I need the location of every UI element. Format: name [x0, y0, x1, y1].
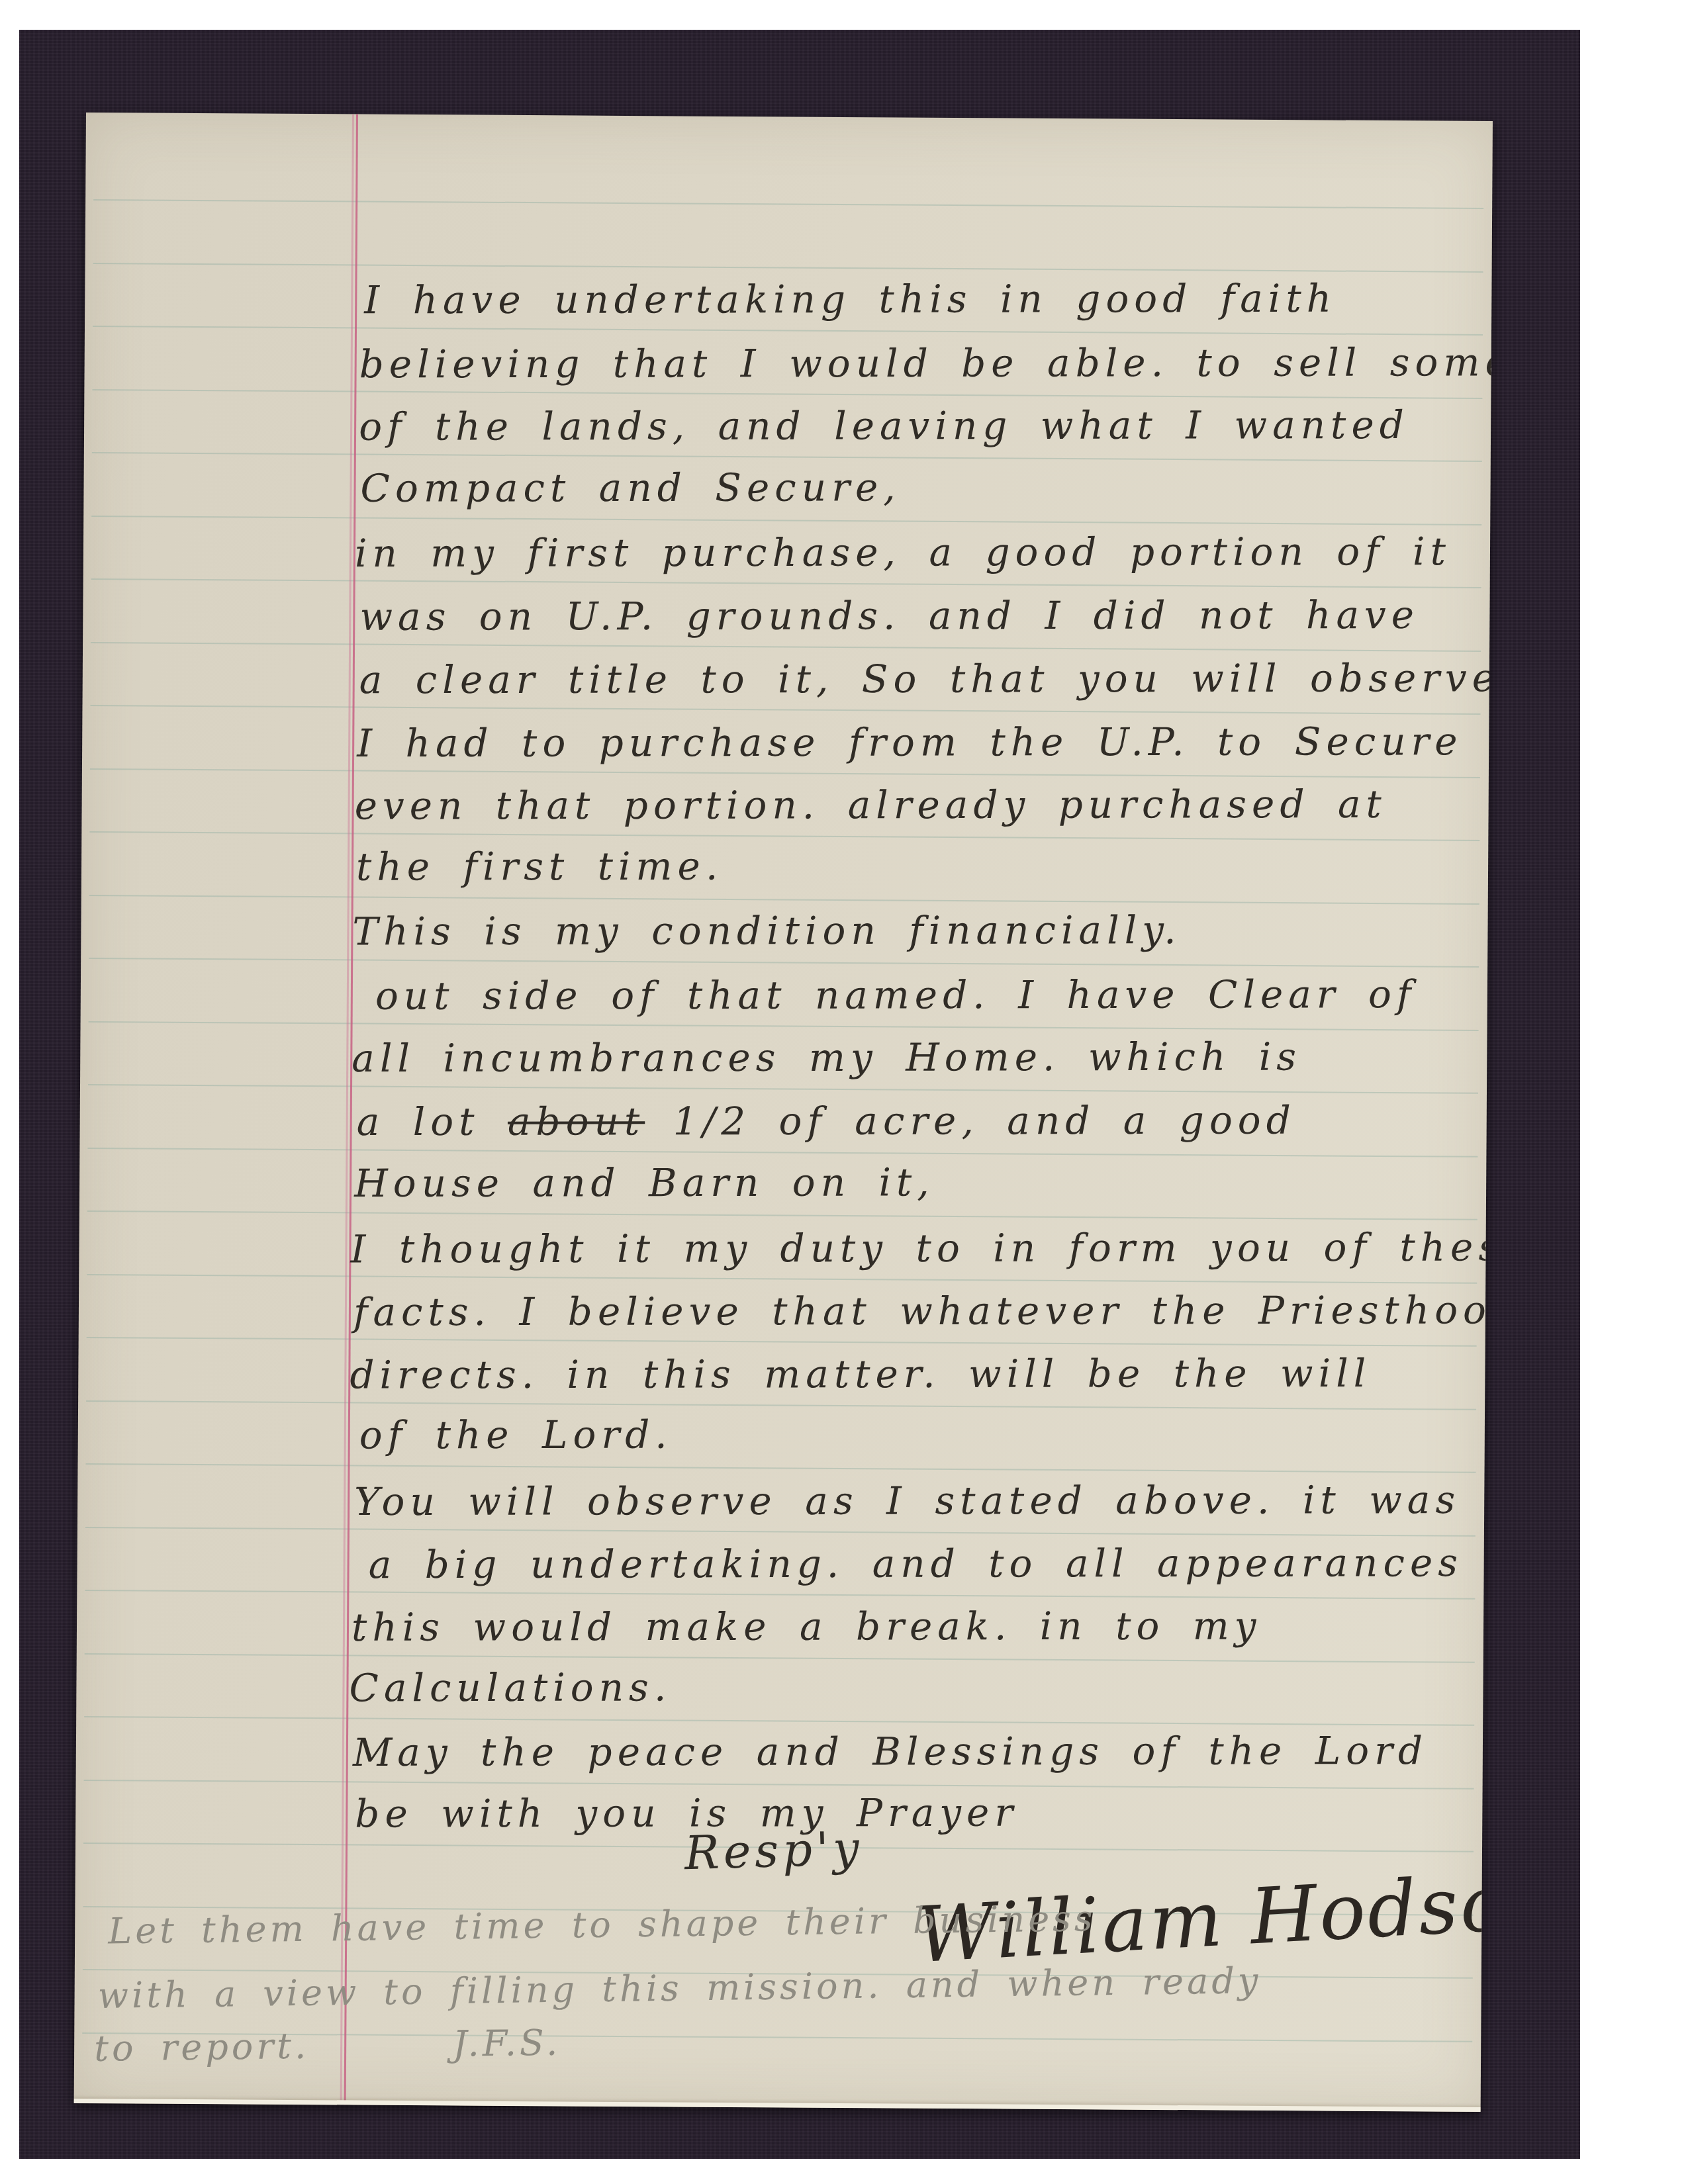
- handwriting-line: of the Lord.: [359, 1416, 673, 1455]
- handwriting-line: May the peace and Blessings of the Lord: [353, 1731, 1428, 1772]
- ruled-line: [87, 1210, 1477, 1220]
- ruled-line: [90, 768, 1480, 778]
- handwriting-line: even that portion. already purchased at: [355, 785, 1387, 825]
- ruled-line: [92, 389, 1482, 399]
- ruled-line: [91, 578, 1481, 588]
- handwriting-line: of the lands, and leaving what I wanted: [359, 406, 1409, 446]
- ruled-line: [91, 642, 1481, 652]
- struck-word: about: [508, 1099, 645, 1144]
- handwriting-line: Calculations.: [349, 1668, 671, 1707]
- handwriting-line: I have undertaking this in good faith: [364, 279, 1336, 320]
- handwriting-line: I had to purchase from the U.P. to Secur…: [357, 722, 1462, 762]
- ruled-line: [91, 516, 1481, 525]
- handwriting-line: this would make a break. in to my: [352, 1606, 1262, 1646]
- ruled-line: [87, 1274, 1477, 1284]
- handwriting-line: This is my condition financially.: [352, 911, 1181, 950]
- ruled-line: [88, 1084, 1478, 1094]
- handwriting-line: believing that I would be able. to sell …: [359, 343, 1493, 383]
- scanned-letter-page: { "artifact": { "kind": "Handwritten let…: [0, 0, 1688, 2184]
- pencil-annotation-line: to report. J.F.S.: [94, 2025, 561, 2067]
- handwriting-line: was on U.P. grounds. and I did not have: [359, 596, 1419, 636]
- ruled-line: [87, 1148, 1477, 1158]
- letter-page-paper: I have undertaking this in good faithbel…: [74, 113, 1493, 2112]
- handwriting-line: all incumbrances my Home. which is: [352, 1038, 1301, 1078]
- handwriting-line: facts. I believe that whatever the Pries…: [353, 1291, 1493, 1331]
- ruled-line: [85, 1590, 1475, 1600]
- handwriting-line: a lot about 1/2 of acre, and a good: [357, 1101, 1296, 1141]
- ruled-line: [93, 263, 1483, 273]
- handwriting-line: You will observe as I stated above. it w…: [354, 1480, 1460, 1521]
- ruled-line: [84, 1716, 1474, 1726]
- handwriting-line: a big undertaking. and to all appearance…: [369, 1543, 1463, 1584]
- handwriting-line: directs. in this matter. will be the wil…: [350, 1354, 1371, 1394]
- ruled-line: [89, 895, 1479, 905]
- ruled-line: [91, 705, 1481, 715]
- ruled-line: [86, 1400, 1476, 1410]
- handwriting-line: the first time.: [356, 847, 723, 886]
- handwriting-line: in my first purchase, a good portion of …: [355, 532, 1451, 572]
- handwriting-line: a clear title to it, So that you will ob…: [359, 659, 1493, 699]
- handwriting-line: I thought it my duty to in form you of t…: [350, 1228, 1492, 1268]
- ruled-line: [87, 1337, 1477, 1347]
- handwriting-line: House and Barn on it,: [354, 1163, 935, 1203]
- ruled-line: [85, 1653, 1475, 1663]
- ruled-line: [93, 199, 1483, 209]
- ruled-line: [86, 1463, 1476, 1473]
- ruled-line: [93, 326, 1483, 336]
- ruled-line: [84, 1780, 1474, 1790]
- closing-respectfully: Resp'y: [684, 1825, 864, 1877]
- ruled-line: [89, 831, 1479, 841]
- ruled-line: [92, 452, 1482, 462]
- ruled-line: [89, 1021, 1479, 1031]
- ruled-line: [89, 958, 1479, 968]
- handwriting-line: out side of that named. I have Clear of: [375, 975, 1417, 1015]
- handwriting-line: Compact and Secure,: [361, 468, 901, 507]
- ruled-line: [85, 1527, 1476, 1537]
